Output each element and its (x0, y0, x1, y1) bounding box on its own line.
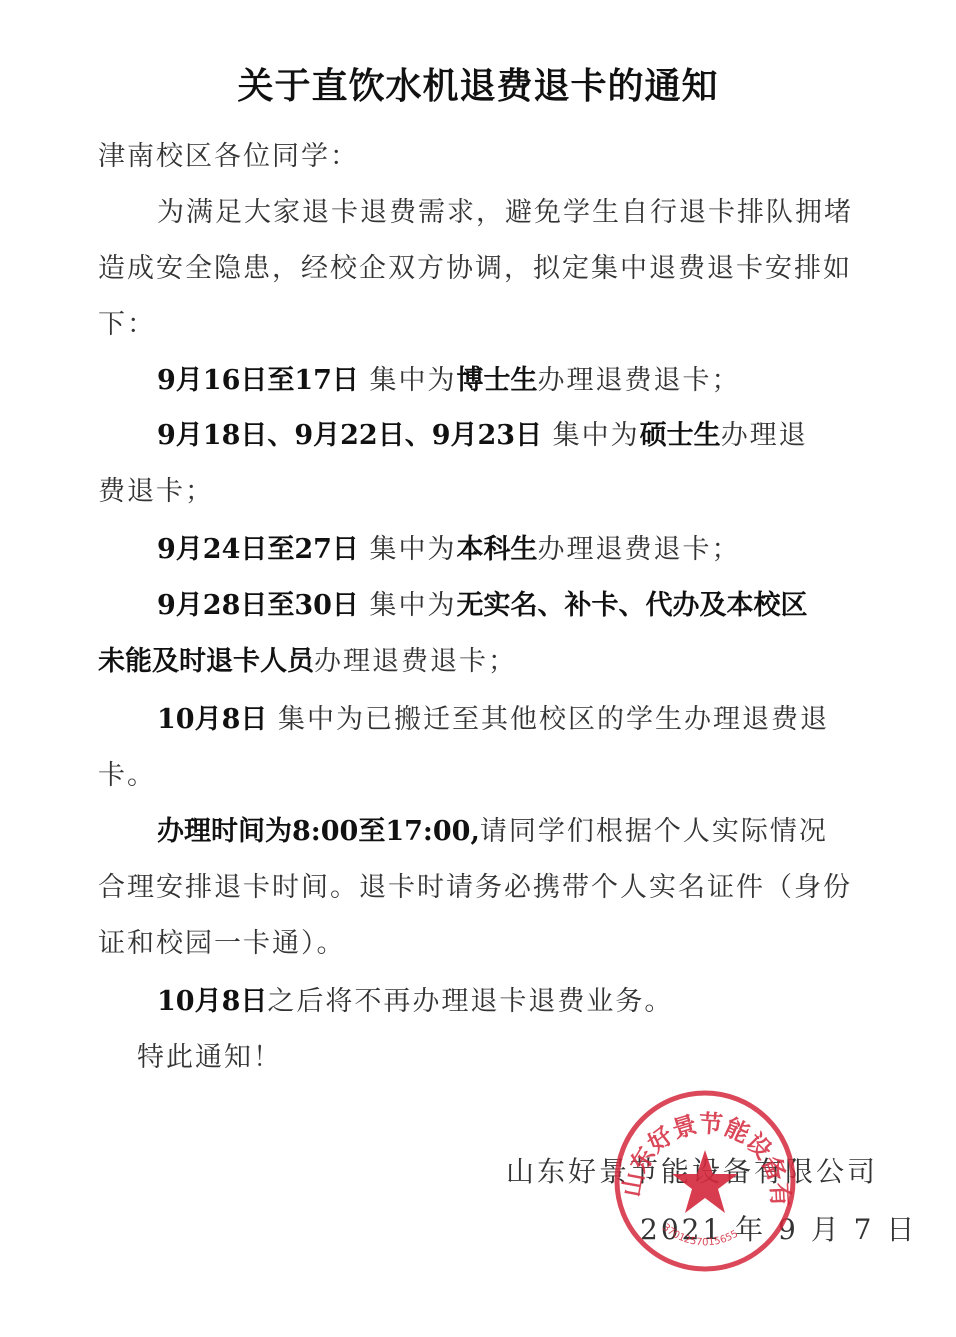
schedule-text: 办理退费退卡； (538, 534, 741, 565)
hours-text: 请同学们根据个人实际情况 (480, 816, 828, 847)
hours-line-3: 证和校园一卡通）。 (98, 924, 346, 964)
schedule-text: 集中为 (359, 365, 457, 396)
schedule-date: 9月28日至30日 (157, 590, 359, 621)
schedule-date: 9月16日至17日 (157, 365, 359, 396)
deadline-date: 10月8日 (157, 986, 267, 1017)
deadline-line: 10月8日之后将不再办理退卡退费业务。 (157, 982, 673, 1022)
schedule-item: 9月28日至30日 集中为无实名、补卡、代办及本校区 (157, 586, 808, 626)
seal-icon: 山东好景节能设备有限公司 3701257015655 (612, 1088, 798, 1274)
schedule-item: 10月8日 集中为已搬迁至其他校区的学生办理退费退 (157, 700, 829, 740)
schedule-group: 本科生 (457, 534, 538, 565)
schedule-date: 10月8日 (157, 704, 267, 735)
deadline-text: 之后将不再办理退卡退费业务。 (267, 986, 673, 1017)
schedule-text: 办理退 (721, 420, 808, 451)
salutation: 津南校区各位同学： (98, 137, 359, 177)
schedule-text: 集中为已搬迁至其他校区的学生办理退费退 (267, 704, 829, 735)
schedule-item-cont: 费退卡； (98, 472, 214, 512)
schedule-group: 博士生 (457, 365, 538, 396)
intro-line-2: 造成安全隐患，经校企双方协调，拟定集中退费退卡安排如 (98, 249, 852, 289)
schedule-text: 集中为 (359, 534, 457, 565)
office-hours: 办理时间为8:00至17:00, (157, 816, 480, 847)
schedule-text: 集中为 (359, 590, 457, 621)
schedule-group: 硕士生 (640, 420, 721, 451)
intro-line-3: 下： (98, 305, 156, 345)
schedule-group: 未能及时退卡人员 (98, 646, 314, 677)
schedule-date: 9月18日、9月22日、9月23日 (157, 420, 542, 451)
closing: 特此通知！ (137, 1038, 282, 1078)
svg-text:3701257015655: 3701257015655 (660, 1222, 740, 1248)
schedule-text: 办理退费退卡； (314, 646, 517, 677)
schedule-text: 集中为 (542, 420, 640, 451)
schedule-text: 办理退费退卡； (538, 365, 741, 396)
schedule-group: 无实名、补卡、代办及本校区 (457, 590, 808, 621)
schedule-item-cont: 未能及时退卡人员办理退费退卡； (98, 642, 517, 682)
schedule-date: 9月24日至27日 (157, 534, 359, 565)
schedule-item: 9月16日至17日 集中为博士生办理退费退卡； (157, 361, 741, 401)
notice-title: 关于直饮水机退费退卡的通知 (0, 58, 956, 109)
company-seal: 山东好景节能设备有限公司 3701257015655 (612, 1088, 798, 1274)
hours-line-2: 合理安排退卡时间。退卡时请务必携带个人实名证件（身份 (98, 868, 852, 908)
schedule-item: 9月18日、9月22日、9月23日 集中为硕士生办理退 (157, 416, 808, 456)
schedule-item-cont: 卡。 (98, 756, 156, 796)
schedule-item: 9月24日至27日 集中为本科生办理退费退卡； (157, 530, 741, 570)
intro-line-1: 为满足大家退卡退费需求，避免学生自行退卡排队拥堵 (157, 193, 853, 233)
hours-line-1: 办理时间为8:00至17:00,请同学们根据个人实际情况 (157, 812, 828, 852)
